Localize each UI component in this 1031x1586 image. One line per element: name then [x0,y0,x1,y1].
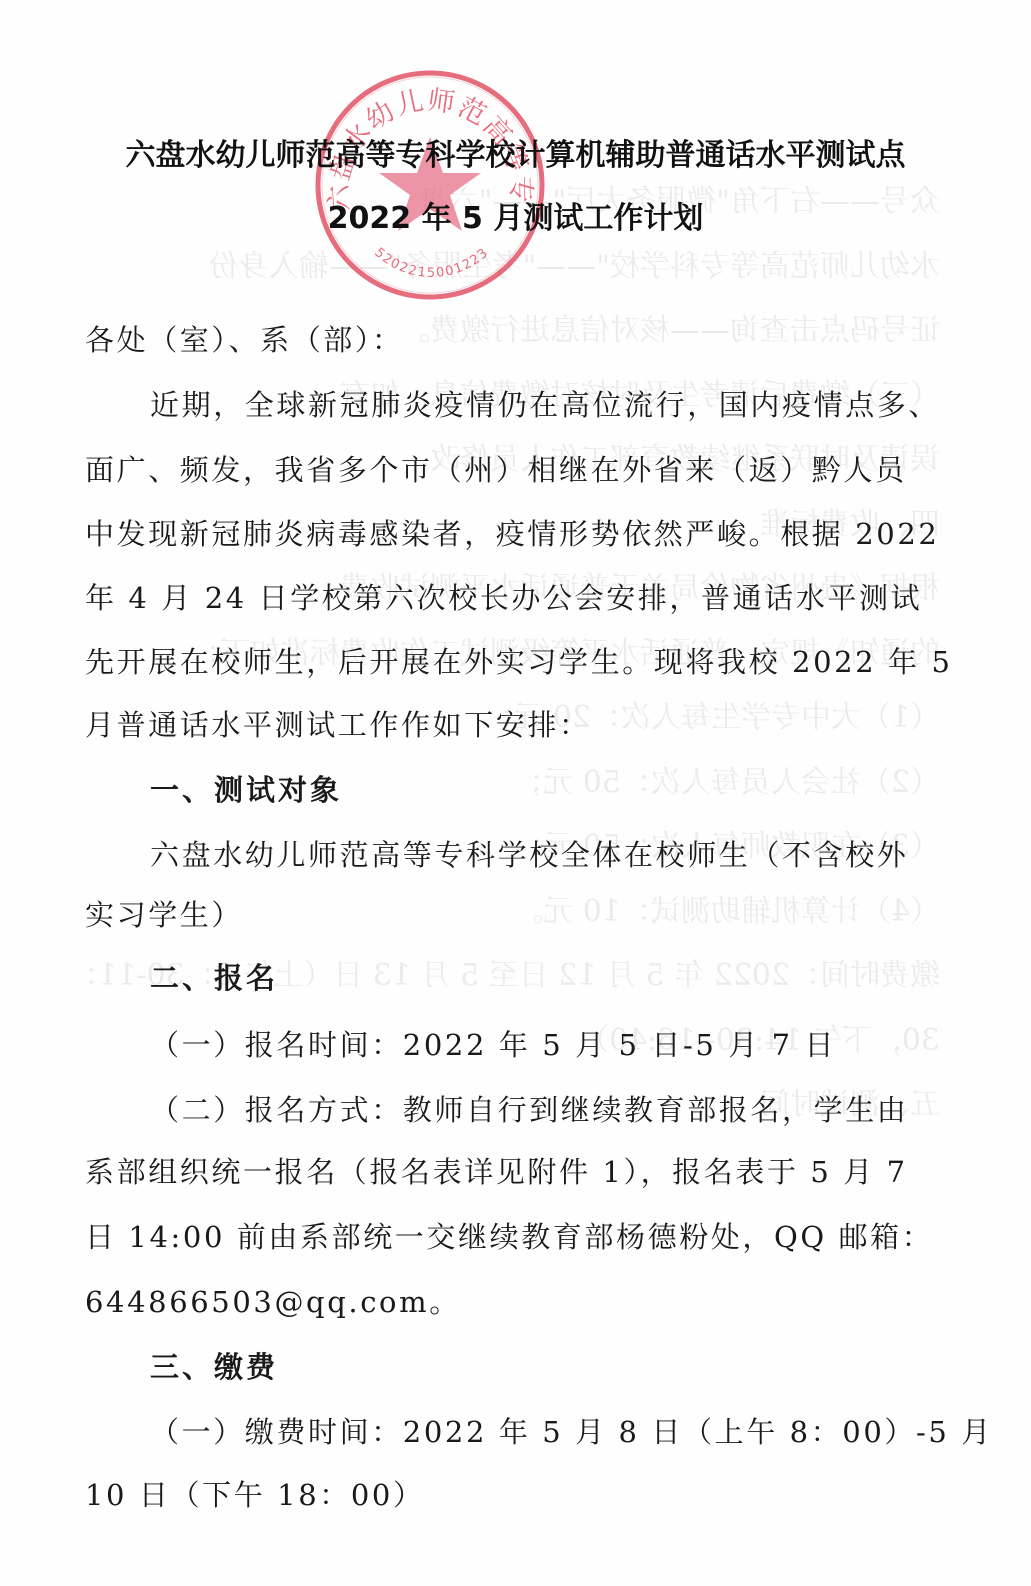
intro-line: 月普通话水平测试工作作如下安排： [85,703,935,744]
section-line: 日 14:00 前由系部统一交继续教育部杨德粉处，QQ 邮箱： [85,1215,935,1256]
stamp-number: 5202215001223 [371,245,492,281]
section-heading-test-subjects: 一、测试对象 [150,768,1000,809]
section-heading-registration: 二、报名 [150,956,1000,997]
section-line: （一）报名时间：2022 年 5 月 5 日-5 月 7 日 [150,1023,1000,1064]
intro-line: 近期，全球新冠肺炎疫情仍在高位流行，国内疫情点多、 [150,383,1000,424]
section-line: （一）缴费时间：2022 年 5 月 8 日（上午 8：00）-5 月 [150,1410,1000,1451]
section-line: 系部组织统一报名（报名表详见附件 1），报名表于 5 月 7 [85,1150,935,1191]
scanned-document-page: 众号——右下角"微服务大厅"——"六盘 水幼儿师范高等专科学校"——"考生服务"… [0,0,1031,1586]
intro-line: 面广、频发，我省多个市（州）相继在外省来（返）黔人员 [85,448,935,489]
svg-text:5202215001223: 5202215001223 [371,245,492,281]
email-address: 644866503@qq.com。 [85,1280,935,1321]
section-heading-payment: 三、缴费 [150,1345,1000,1386]
section-line: （二）报名方式：教师自行到继续教育部报名，学生由 [150,1088,1000,1129]
section-line: 六盘水幼儿师范高等专科学校全体在校师生（不含校外 [150,833,1000,874]
intro-line: 中发现新冠肺炎病毒感染者，疫情形势依然严峻。根据 2022 [85,512,935,553]
official-seal-stamp: 六盘水幼儿师范高等专科学校 5202215001223 [312,67,548,303]
section-line: 实习学生） [85,893,935,934]
document-title-line-1: 六盘水幼儿师范高等专科学校计算机辅助普通话水平测试点 [0,130,1031,174]
intro-line: 先开展在校师生，后开展在外实习学生。现将我校 2022 年 5 [85,640,935,681]
section-line: 10 日（下午 18：00） [85,1473,935,1514]
salutation: 各处（室）、系（部）： [85,318,935,359]
document-title-line-2: 2022 年 5 月测试工作计划 [0,193,1031,237]
intro-line: 年 4 月 24 日学校第六次校长办公会安排，普通话水平测试 [85,576,935,617]
